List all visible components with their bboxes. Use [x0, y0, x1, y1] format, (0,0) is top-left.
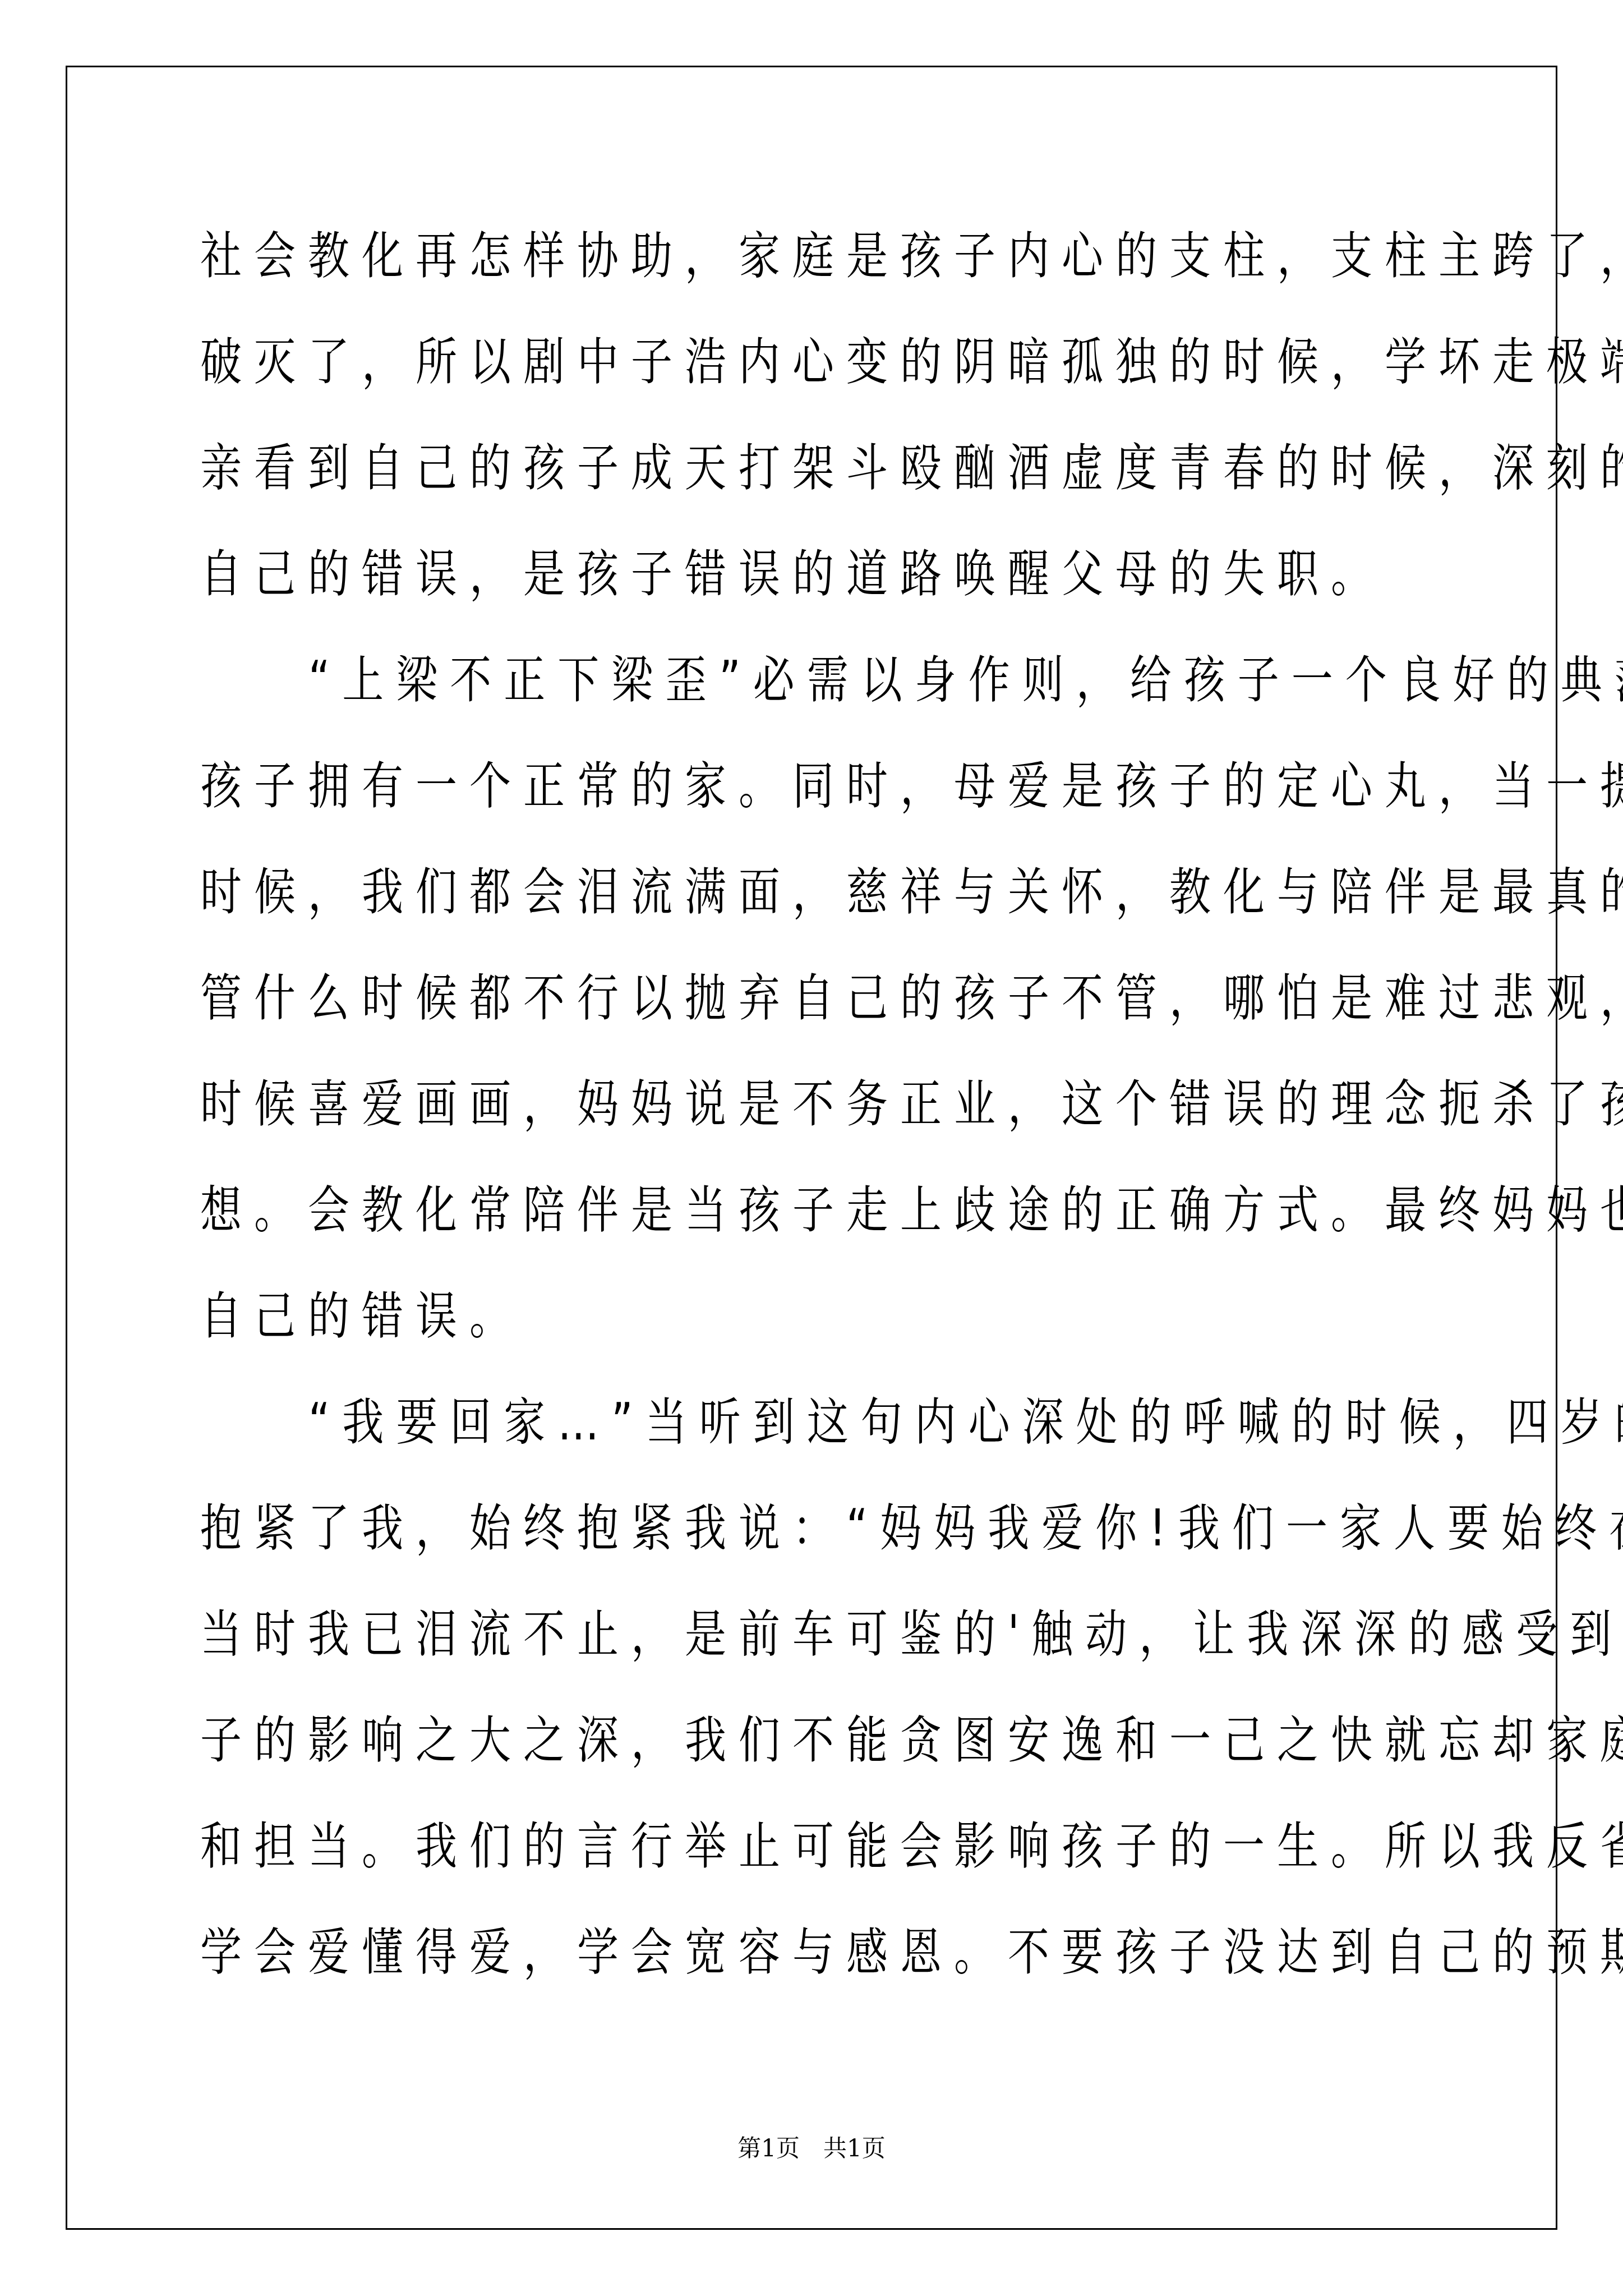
document-body: 社会教化再怎样协助，家庭是孩子内心的支柱，支柱主跨了，希望就 破灭了，所以剧中子…: [200, 222, 1423, 2024]
text-line: 学会爱懂得爱，学会宽容与感恩。不要孩子没达到自己的预期效果就: [200, 1918, 1423, 2047]
current-page-label: 第1页: [737, 2134, 800, 2162]
total-pages-label: 共1页: [823, 2134, 886, 2162]
page-footer: 第1页共1页: [0, 2132, 1623, 2165]
